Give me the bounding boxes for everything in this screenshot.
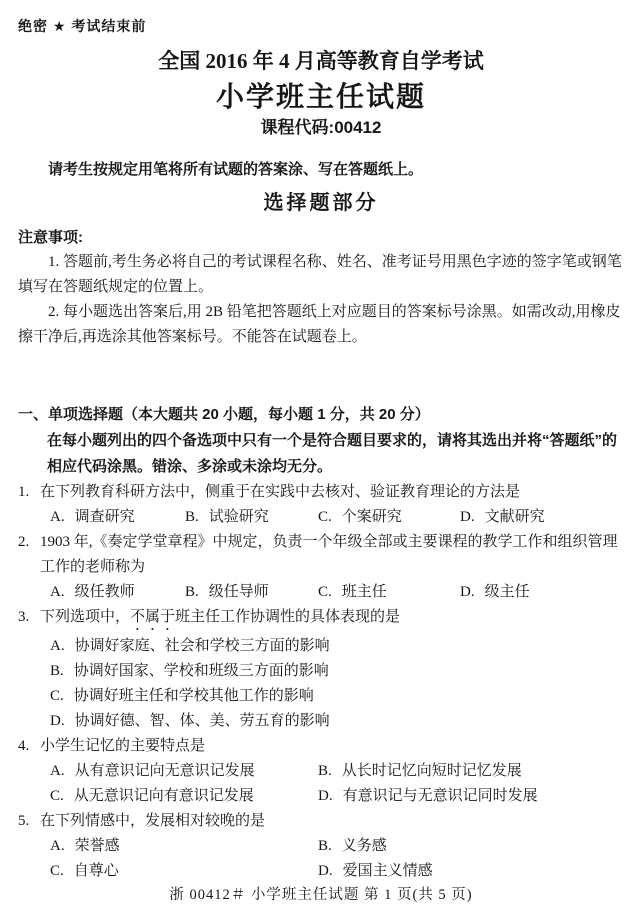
notice-title: 注意事项: bbox=[18, 226, 624, 250]
question-number: 3. bbox=[18, 605, 40, 634]
question-4-options: A.从有意识记向无意识记发展 B.从长时记忆向短时记忆发展 C.从无意识记向有意… bbox=[50, 759, 624, 809]
option-b: B.协调好国家、学校和班级三方面的影响 bbox=[50, 659, 624, 684]
paper-title: 小学班主任试题 bbox=[18, 78, 624, 116]
question-number: 2. bbox=[18, 530, 40, 580]
question-text: 在下列情感中，发展相对较晚的是 bbox=[40, 809, 624, 834]
question-2: 2. 1903 年,《奏定学堂章程》中规定，负责一个年级全部或主要课程的教学工作… bbox=[18, 530, 624, 605]
question-5-options: A.荣誉感 B.义务感 C.自尊心 D.爱国主义情感 bbox=[50, 834, 624, 884]
option-b: B.级任导师 bbox=[185, 580, 318, 605]
question-1-options: A.调查研究 B.试验研究 C.个案研究 D.文献研究 bbox=[50, 505, 624, 530]
question-number: 4. bbox=[18, 734, 40, 759]
option-a: A.调查研究 bbox=[50, 505, 185, 530]
page-footer: 浙 00412＃ 小学班主任试题 第 1 页(共 5 页) bbox=[0, 883, 642, 904]
course-code: 课程代码:00412 bbox=[18, 116, 624, 140]
question-4: 4. 小学生记忆的主要特点是 A.从有意识记向无意识记发展 B.从长时记忆向短时… bbox=[18, 734, 624, 809]
security-classification-label: 绝密 ★ 考试结束前 bbox=[18, 16, 624, 36]
emphasized-text: 不属于 bbox=[130, 609, 175, 625]
option-b: B.义务感 bbox=[318, 834, 586, 859]
notice-item-1: 1. 答题前,考生务必将自己的考试课程名称、姓名、准考证号用黑色字迹的签字笔或钢… bbox=[18, 250, 624, 300]
option-a: A.荣誉感 bbox=[50, 834, 318, 859]
option-c: C.从无意识记向有意识记发展 bbox=[50, 784, 318, 809]
section-heading: 一、单项选择题（本大题共 20 小题，每小题 1 分，共 20 分） bbox=[18, 402, 624, 428]
option-d: D.协调好德、智、体、美、劳五育的影响 bbox=[50, 709, 624, 734]
option-b: B.试验研究 bbox=[185, 505, 318, 530]
question-3: 3. 下列选项中，不属于班主任工作协调性的具体表现的是 A.协调好家庭、社会和学… bbox=[18, 605, 624, 734]
option-c: C.个案研究 bbox=[318, 505, 460, 530]
question-1: 1. 在下列教育科研方法中，侧重于在实践中去核对、验证教育理论的方法是 A.调查… bbox=[18, 480, 624, 530]
option-a: A.从有意识记向无意识记发展 bbox=[50, 759, 318, 784]
option-c: C.协调好班主任和学校其他工作的影响 bbox=[50, 684, 624, 709]
general-instruction: 请考生按规定用笔将所有试题的答案涂、写在答题纸上。 bbox=[18, 158, 624, 182]
option-c: C.班主任 bbox=[318, 580, 460, 605]
question-number: 5. bbox=[18, 809, 40, 834]
question-5: 5. 在下列情感中，发展相对较晚的是 A.荣誉感 B.义务感 C.自尊心 D.爱… bbox=[18, 809, 624, 884]
option-d: D.文献研究 bbox=[460, 505, 624, 530]
notice-item-2: 2. 每小题选出答案后,用 2B 铅笔把答题纸上对应题目的答案标号涂黑。如需改动… bbox=[18, 300, 624, 350]
question-number: 1. bbox=[18, 480, 40, 505]
exam-paper-page: 绝密 ★ 考试结束前 全国 2016 年 4 月高等教育自学考试 小学班主任试题… bbox=[0, 0, 642, 884]
question-2-options: A.级任教师 B.级任导师 C.班主任 D.级主任 bbox=[50, 580, 624, 605]
part-title: 选择题部分 bbox=[18, 188, 624, 218]
question-text: 1903 年,《奏定学堂章程》中规定，负责一个年级全部或主要课程的教学工作和组织… bbox=[40, 530, 624, 580]
question-text: 下列选项中，不属于班主任工作协调性的具体表现的是 bbox=[40, 605, 624, 634]
option-d: D.级主任 bbox=[460, 580, 624, 605]
option-d: D.有意识记与无意识记同时发展 bbox=[318, 784, 586, 809]
question-text: 小学生记忆的主要特点是 bbox=[40, 734, 624, 759]
question-text: 在下列教育科研方法中，侧重于在实践中去核对、验证教育理论的方法是 bbox=[40, 480, 624, 505]
section-note: 在每小题列出的四个备选项中只有一个是符合题目要求的，请将其选出并将“答题纸”的相… bbox=[47, 428, 624, 480]
option-b: B.从长时记忆向短时记忆发展 bbox=[318, 759, 586, 784]
question-3-options: A.协调好家庭、社会和学校三方面的影响 B.协调好国家、学校和班级三方面的影响 … bbox=[50, 634, 624, 734]
exam-title: 全国 2016 年 4 月高等教育自学考试 bbox=[18, 46, 624, 76]
option-d: D.爱国主义情感 bbox=[318, 859, 586, 884]
option-a: A.协调好家庭、社会和学校三方面的影响 bbox=[50, 634, 624, 659]
option-a: A.级任教师 bbox=[50, 580, 185, 605]
option-c: C.自尊心 bbox=[50, 859, 318, 884]
